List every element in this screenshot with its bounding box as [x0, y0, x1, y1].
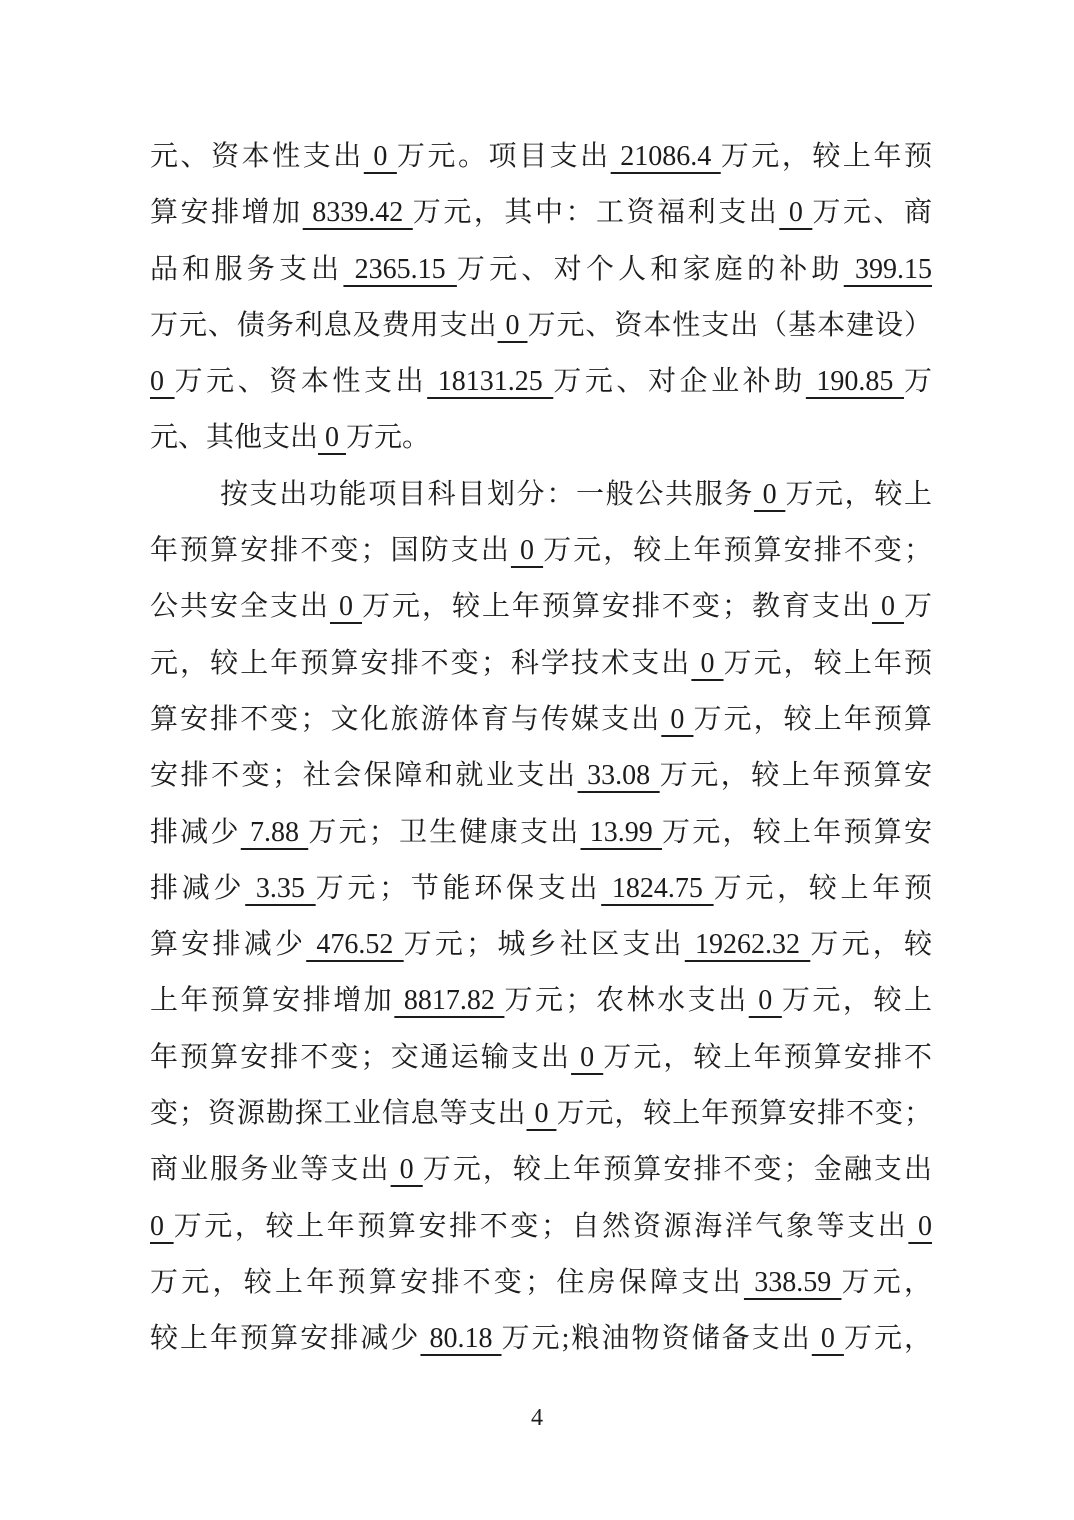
underlined-number: 0: [779, 197, 812, 228]
text-run: 万元、债务利息及费用支出: [150, 310, 498, 341]
text-run: 万元，其中：工资福利支出: [413, 197, 779, 228]
text-run: 元，较上年预算安排不变；科学技术支出: [150, 648, 691, 679]
underlined-number: 0: [330, 591, 362, 622]
text-run: 变；资源勘探工业信息等支出: [150, 1098, 527, 1129]
text-run: 万元、资本性支出（基本建设）: [527, 310, 932, 341]
text-run: 年预算安排不变；交通运输支出: [150, 1042, 571, 1073]
text-run: 万元；节能环保支出: [316, 873, 602, 904]
text-run: 万元，较上: [782, 985, 932, 1016]
underlined-number: 19262.32: [685, 929, 810, 960]
text-run: 算安排减少: [150, 929, 306, 960]
text-run: 元、其他支出: [150, 422, 318, 453]
text-line: 元、资本性支出 0 万元。项目支出 21086.4 万元，较上年预: [150, 129, 932, 185]
underlined-number: 0: [150, 366, 175, 397]
underlined-number: 0: [571, 1042, 603, 1073]
text-line: 年预算安排不变；国防支出 0 万元，较上年预算安排不变；: [150, 523, 932, 579]
underlined-number: 0: [318, 422, 346, 453]
text-run: 万元，较上年预算安排不变；金融支出: [423, 1154, 932, 1185]
underlined-number: 0: [498, 310, 528, 341]
text-run: 万元，较上年预算: [693, 704, 932, 735]
underlined-number: 13.99: [580, 817, 662, 848]
text-run: 万元；城乡社区支出: [404, 929, 685, 960]
underlined-number: 0: [749, 985, 782, 1016]
text-run: 万元、商: [812, 197, 932, 228]
underlined-number: 0: [908, 1211, 932, 1242]
text-run: 安排不变；社会保障和就业支出: [150, 760, 578, 791]
underlined-number: 190.85: [806, 366, 904, 397]
text-run: 万元，较上年预: [724, 648, 932, 679]
text-run: 万元；卫生健康支出: [308, 817, 580, 848]
text-run: 万元，较上年预: [721, 141, 932, 172]
text-line: 变；资源勘探工业信息等支出 0 万元，较上年预算安排不变；: [150, 1086, 932, 1142]
text-run: 算安排不变；文化旅游体育与传媒支出: [150, 704, 661, 735]
text-line: 万元、债务利息及费用支出 0 万元、资本性支出（基本建设）: [150, 298, 932, 354]
document-body: 元、资本性支出 0 万元。项目支出 21086.4 万元，较上年预算安排增加 8…: [150, 129, 932, 1368]
text-line: 0 万元、资本性支出 18131.25 万元、对企业补助 190.85 万: [150, 354, 932, 410]
underlined-number: 7.88: [241, 817, 309, 848]
underlined-number: 0: [754, 479, 785, 510]
document-page: 元、资本性支出 0 万元。项目支出 21086.4 万元，较上年预算安排增加 8…: [0, 0, 1074, 1520]
text-run: 万元，较上年预: [714, 873, 932, 904]
text-run: 万元，较上年预算安排不变；: [543, 535, 932, 566]
text-run: 上年预算安排增加: [150, 985, 394, 1016]
underlined-number: 338.59: [744, 1267, 842, 1298]
text-run: 万元，较上年预算安: [662, 817, 932, 848]
text-run: 万元，较上年预算安排不变；自然资源海洋气象等支出: [174, 1211, 909, 1242]
underlined-number: 0: [391, 1154, 423, 1185]
underlined-number: 21086.4: [611, 141, 721, 172]
text-run: 万元、资本性支出: [175, 366, 428, 397]
text-run: 万元；农林水支出: [504, 985, 748, 1016]
text-run: 元、资本性支出: [150, 141, 364, 172]
text-run: 万元，较上: [785, 479, 932, 510]
underlined-number: 0: [661, 704, 693, 735]
text-run: 万元;粮油物资储备支出: [502, 1323, 812, 1354]
underlined-number: 8817.82: [394, 985, 504, 1016]
text-line: 算安排减少 476.52 万元；城乡社区支出 19262.32 万元，较: [150, 917, 932, 973]
text-line: 品和服务支出 2365.15 万元、对个人和家庭的补助 399.15: [150, 242, 932, 298]
text-run: 年预算安排不变；国防支出: [150, 535, 511, 566]
text-line: 0 万元，较上年预算安排不变；自然资源海洋气象等支出 0: [150, 1199, 932, 1255]
text-run: 万元、对企业补助: [553, 366, 806, 397]
text-run: 较上年预算安排减少: [150, 1323, 420, 1354]
text-line: 排减少 7.88 万元；卫生健康支出 13.99 万元，较上年预算安: [150, 805, 932, 861]
underlined-number: 2365.15: [343, 254, 456, 285]
underlined-number: 0: [691, 648, 723, 679]
text-line: 公共安全支出 0 万元，较上年预算安排不变；教育支出 0 万: [150, 579, 932, 635]
text-run: 万元，较上年预算安排不变；教育支出: [362, 591, 872, 622]
underlined-number: 18131.25: [427, 366, 553, 397]
text-line: 年预算安排不变；交通运输支出 0 万元，较上年预算安排不: [150, 1030, 932, 1086]
text-run: 算安排增加: [150, 197, 303, 228]
underlined-number: 33.08: [578, 760, 660, 791]
underlined-number: 0: [872, 591, 904, 622]
underlined-number: 0: [364, 141, 397, 172]
underlined-number: 3.35: [245, 873, 315, 904]
text-run: 万: [904, 591, 932, 622]
text-run: 公共安全支出: [150, 591, 330, 622]
text-line: 万元，较上年预算安排不变；住房保障支出 338.59 万元，: [150, 1255, 932, 1311]
text-run: 万元，较上年预算安排不变；住房保障支出: [150, 1267, 744, 1298]
underlined-number: 1824.75: [601, 873, 713, 904]
text-run: 商业服务业等支出: [150, 1154, 391, 1185]
text-line: 较上年预算安排减少 80.18 万元;粮油物资储备支出 0 万元，: [150, 1311, 932, 1367]
text-line: 元、其他支出 0 万元。: [150, 410, 932, 466]
text-run: 万元、对个人和家庭的补助: [457, 254, 844, 285]
text-line: 安排不变；社会保障和就业支出 33.08 万元，较上年预算安: [150, 748, 932, 804]
underlined-number: 399.15: [844, 254, 932, 285]
text-run: 万元，: [844, 1323, 932, 1354]
underlined-number: 80.18: [420, 1323, 501, 1354]
page-number: 4: [0, 1405, 1074, 1432]
text-run: 万元。项目支出: [397, 141, 611, 172]
underlined-number: 0: [150, 1211, 174, 1242]
text-line: 排减少 3.35 万元；节能环保支出 1824.75 万元，较上年预: [150, 861, 932, 917]
text-run: 万: [904, 366, 932, 397]
text-line: 元，较上年预算安排不变；科学技术支出 0 万元，较上年预: [150, 636, 932, 692]
text-line: 按支出功能项目科目划分：一般公共服务 0 万元，较上: [150, 467, 932, 523]
text-run: 万元，较上年预算安排不变；: [556, 1098, 932, 1129]
text-run: 按支出功能项目科目划分：一般公共服务: [220, 479, 754, 510]
underlined-number: 8339.42: [303, 197, 413, 228]
underlined-number: 476.52: [306, 929, 403, 960]
text-run: 万元，较上年预算安排不: [603, 1042, 932, 1073]
underlined-number: 0: [527, 1098, 557, 1129]
text-run: 万元。: [346, 422, 430, 453]
text-run: 万元，较上年预算安: [660, 760, 932, 791]
text-line: 上年预算安排增加 8817.82 万元；农林水支出 0 万元，较上: [150, 973, 932, 1029]
text-line: 算安排不变；文化旅游体育与传媒支出 0 万元，较上年预算: [150, 692, 932, 748]
text-run: 万元，较: [810, 929, 932, 960]
underlined-number: 0: [812, 1323, 844, 1354]
underlined-number: 0: [511, 535, 543, 566]
text-run: 排减少: [150, 873, 245, 904]
text-run: 万元，: [841, 1267, 932, 1298]
text-run: 排减少: [150, 817, 241, 848]
text-line: 商业服务业等支出 0 万元，较上年预算安排不变；金融支出: [150, 1142, 932, 1198]
text-run: 品和服务支出: [150, 254, 343, 285]
text-line: 算安排增加 8339.42 万元，其中：工资福利支出 0 万元、商: [150, 185, 932, 241]
